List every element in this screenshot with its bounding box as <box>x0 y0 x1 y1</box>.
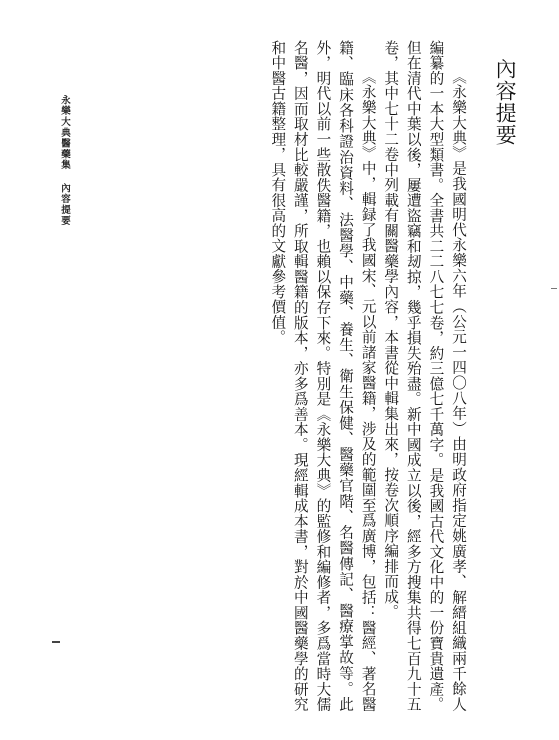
paragraph-2: 《永樂大典》中，輯録了我國宋、元以前諸家醫籍，涉及的範圍至爲廣博，包括：醫經、著… <box>266 40 379 712</box>
running-header-section: 內容提要 <box>57 183 71 226</box>
document-page: 永樂大典醫藥集內容提要 內容提要 《永樂大典》是我國明代永樂六年（公元一四〇八年… <box>0 0 559 740</box>
page-number-mark <box>52 641 60 643</box>
page-title: 內容提要 <box>492 58 518 146</box>
body-text: 《永樂大典》是我國明代永樂六年（公元一四〇八年）由明政府指定姚廣孝、解縉組織兩千… <box>266 40 469 712</box>
running-header: 永樂大典醫藥集內容提要 <box>55 95 71 226</box>
edge-tick-mark <box>551 288 557 289</box>
running-header-book-title: 永樂大典醫藥集 <box>57 95 71 171</box>
paragraph-1: 《永樂大典》是我國明代永樂六年（公元一四〇八年）由明政府指定姚廣孝、解縉組織兩千… <box>379 40 469 712</box>
